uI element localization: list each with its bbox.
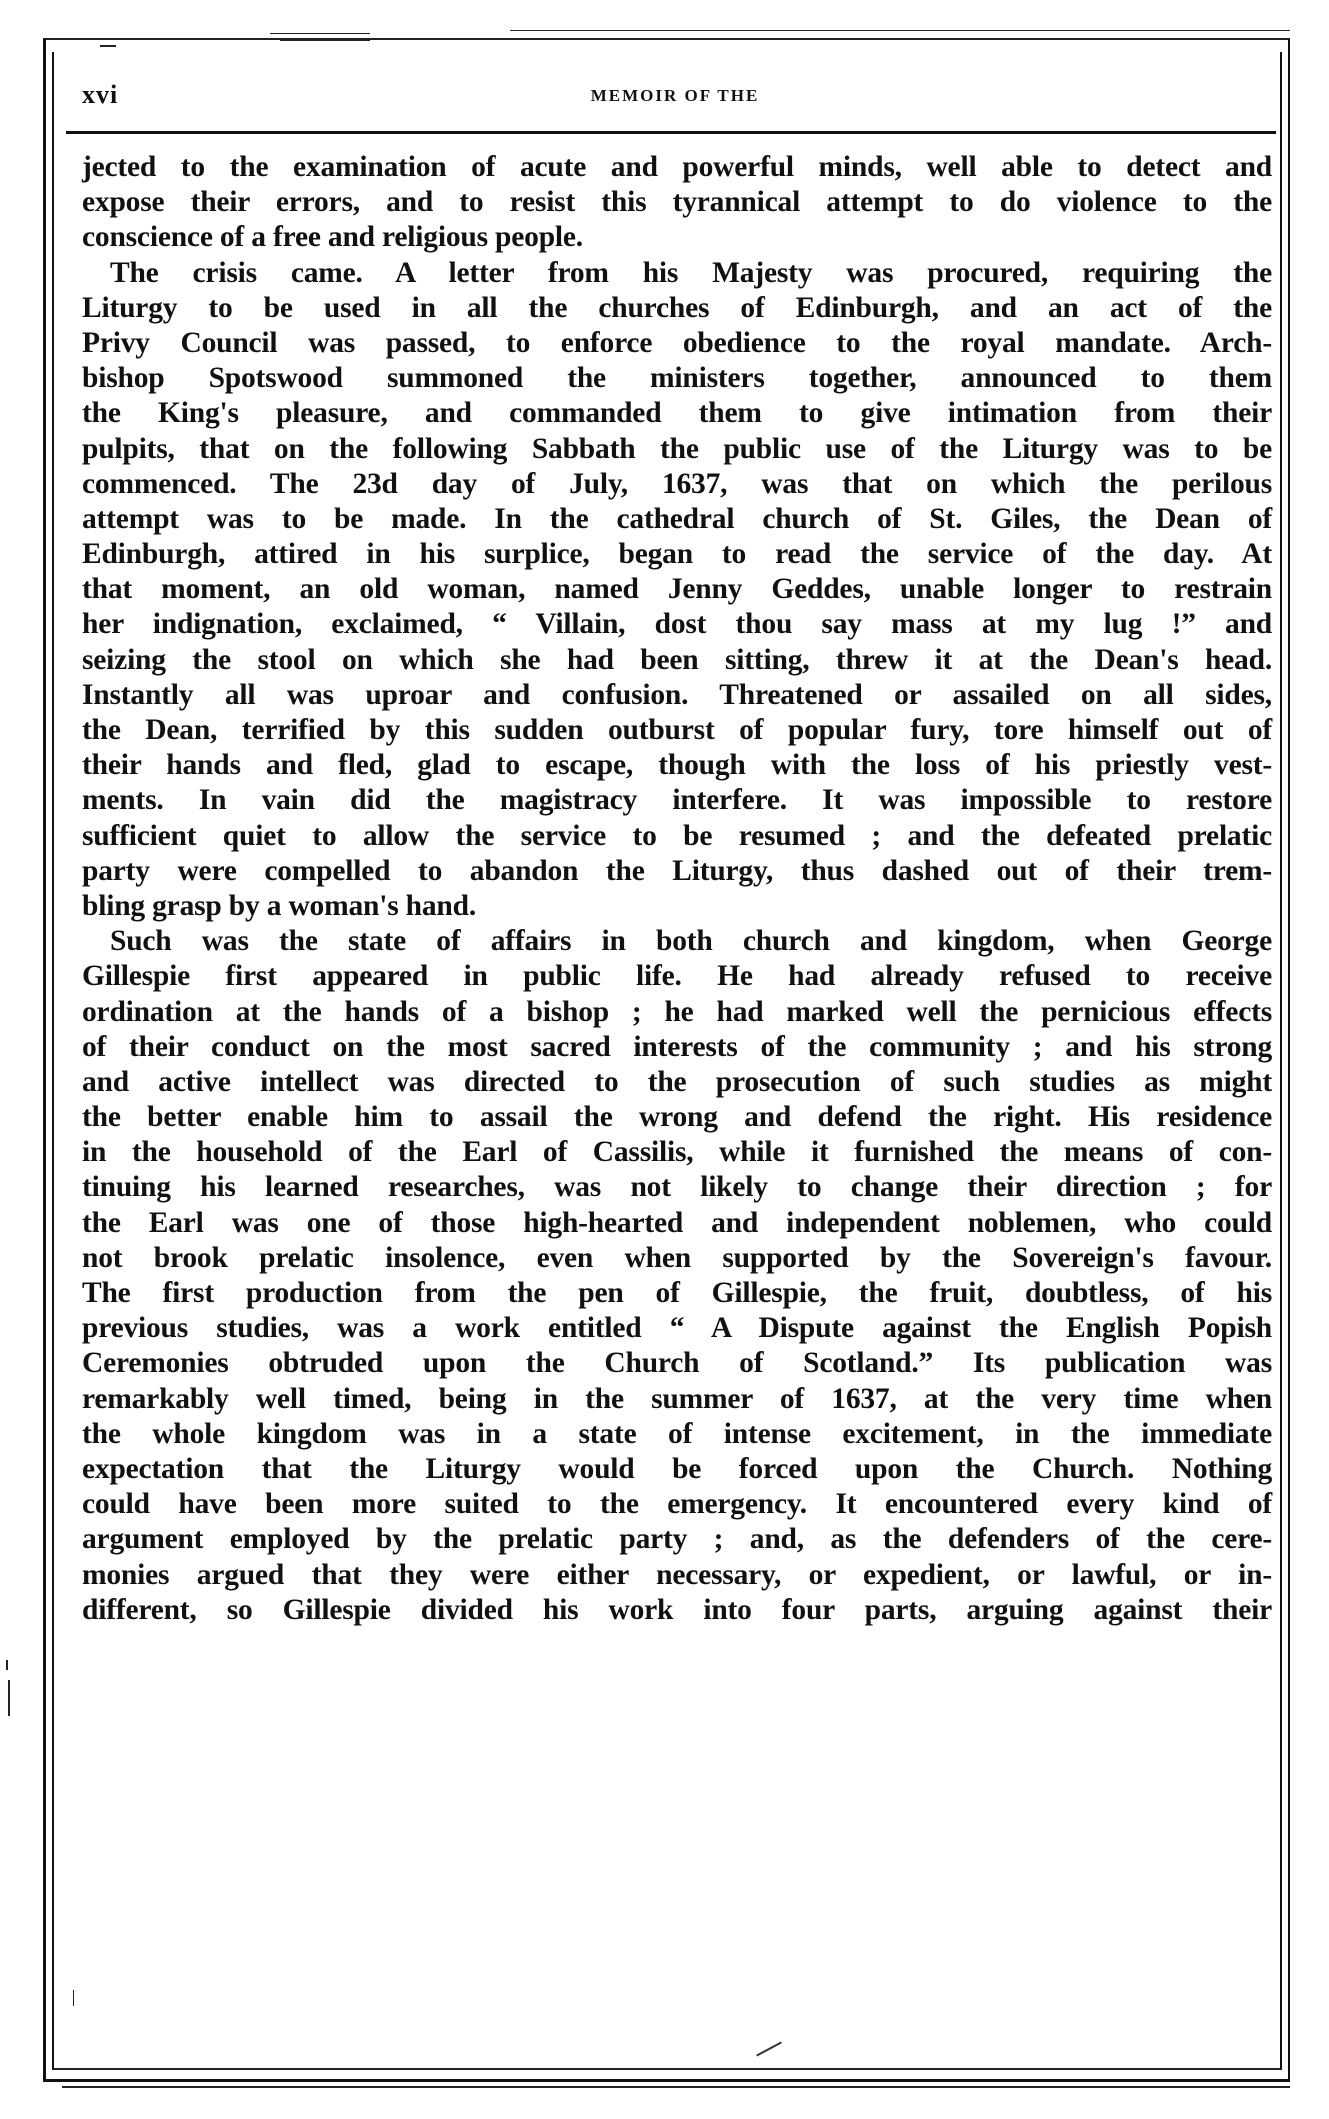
text-line: ments. In vain did the magistracy interf… <box>82 783 1272 818</box>
text-line: Ceremonies obtruded upon the Church of S… <box>82 1346 1272 1381</box>
text-line: their hands and fled, glad to escape, th… <box>82 748 1272 783</box>
text-line: that moment, an old woman, named Jenny G… <box>82 572 1272 607</box>
text-line: bishop Spotswood summoned the ministers … <box>82 361 1272 396</box>
text-line: tinuing his learned researches, was not … <box>82 1170 1272 1205</box>
margin-mark <box>6 1660 8 1670</box>
text-line: pulpits, that on the following Sabbath t… <box>82 432 1272 467</box>
text-line: her indignation, exclaimed, “ Villain, d… <box>82 607 1272 642</box>
text-line: argument employed by the prelatic party … <box>82 1522 1272 1557</box>
text-line: The first production from the pen of Gil… <box>82 1276 1272 1311</box>
text-line: Privy Council was passed, to enforce obe… <box>82 326 1272 361</box>
text-line: conscience of a free and religious peopl… <box>82 220 1272 255</box>
margin-mark <box>73 1990 74 2006</box>
body-text: jected to the examination of acute and p… <box>82 150 1272 1628</box>
text-line: of their conduct on the most sacred inte… <box>82 1030 1272 1065</box>
text-line: expectation that the Liturgy would be fo… <box>82 1452 1272 1487</box>
text-line: bling grasp by a woman's hand. <box>82 889 1272 924</box>
text-line: commenced. The 23d day of July, 1637, wa… <box>82 467 1272 502</box>
scan-artifact <box>510 30 1290 31</box>
margin-mark <box>8 1680 10 1716</box>
text-line: not brook prelatic insolence, even when … <box>82 1241 1272 1276</box>
text-line: attempt was to be made. In the cathedral… <box>82 502 1272 537</box>
text-line: different, so Gillespie divided his work… <box>82 1593 1272 1628</box>
footer-rule <box>62 2086 1290 2088</box>
running-head: xvi MEMOIR OF THE <box>82 80 1268 120</box>
text-line: monies argued that they were either nece… <box>82 1558 1272 1593</box>
text-line: Liturgy to be used in all the churches o… <box>82 291 1272 326</box>
header-rule <box>66 131 1276 134</box>
text-line: the King's pleasure, and commanded them … <box>82 396 1272 431</box>
running-title: MEMOIR OF THE <box>82 86 1268 106</box>
text-line: Instantly all was uproar and confusion. … <box>82 678 1272 713</box>
text-line: Edinburgh, attired in his surplice, bega… <box>82 537 1272 572</box>
text-line: previous studies, was a work entitled “ … <box>82 1311 1272 1346</box>
text-line: Such was the state of affairs in both ch… <box>82 924 1272 959</box>
text-line: remarkably well timed, being in the summ… <box>82 1382 1272 1417</box>
text-line: sufficient quiet to allow the service to… <box>82 819 1272 854</box>
text-line: seizing the stool on which she had been … <box>82 643 1272 678</box>
text-line: the Dean, terrified by this sudden outbu… <box>82 713 1272 748</box>
text-line: the whole kingdom was in a state of inte… <box>82 1417 1272 1452</box>
text-line: jected to the examination of acute and p… <box>82 150 1272 185</box>
text-line: party were compelled to abandon the Litu… <box>82 854 1272 889</box>
text-line: The crisis came. A letter from his Majes… <box>82 256 1272 291</box>
text-line: Gillespie first appeared in public life.… <box>82 959 1272 994</box>
text-line: expose their errors, and to resist this … <box>82 185 1272 220</box>
text-line: could have been more suited to the emerg… <box>82 1487 1272 1522</box>
text-line: ordination at the hands of a bishop ; he… <box>82 995 1272 1030</box>
text-line: and active intellect was directed to the… <box>82 1065 1272 1100</box>
text-line: the better enable him to assail the wron… <box>82 1100 1272 1135</box>
text-line: in the household of the Earl of Cassilis… <box>82 1135 1272 1170</box>
text-line: the Earl was one of those high-hearted a… <box>82 1206 1272 1241</box>
scan-artifact <box>270 33 370 34</box>
